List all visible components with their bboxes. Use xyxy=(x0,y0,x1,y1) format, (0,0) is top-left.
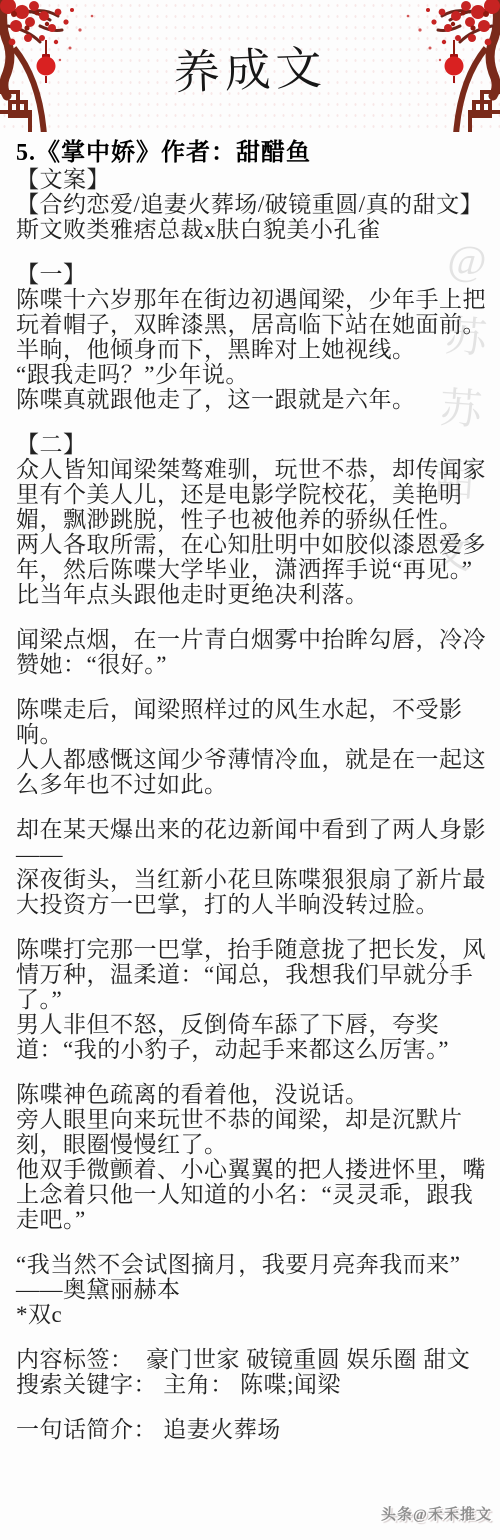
paragraph-part-two: 【二】 众人皆知闻梁桀骜难驯，玩世不恭，却传闻家里有个美人儿，还是电影学院校花，… xyxy=(16,432,490,607)
paragraph-tags: 内容标签： 豪门世家 破镜重圆 娱乐圈 甜文 搜索关键字： 主角： 陈喋;闻梁 xyxy=(16,1347,490,1397)
post-body: 5.《掌中娇》作者：甜醋鱼 【文案】 【合约恋爱/追妻火葬场/破镜重圆/真的甜文… xyxy=(0,132,500,1442)
red-lantern-icon xyxy=(445,40,464,83)
decorative-header: 养成文 xyxy=(0,0,500,132)
book-title-line: 5.《掌中娇》作者：甜醋鱼 xyxy=(16,140,490,167)
paragraph-one-line-intro: 一句话简介： 追妻火葬场 xyxy=(16,1417,490,1442)
paragraph-slap: 陈喋打完那一巴掌，抬手随意拢了把长发，风情万种，温柔道：“闻总，我想我们早就分手… xyxy=(16,937,490,1062)
paragraph-after-leaving: 陈喋走后，闻梁照样过的风生水起，不受影响。 人人都感慨这闻少爷薄情冷血，就是在一… xyxy=(16,697,490,797)
plum-blossom-corner-right-icon xyxy=(382,0,500,132)
category-banner-title: 养成文 xyxy=(172,31,327,102)
novel-recommendation-card: 养成文 @苏苏甜文 5.《掌中娇》作者：甜醋鱼 【文案】 【合约恋爱/追妻火葬场… xyxy=(0,0,500,1540)
paragraph-quote: “我当然不会试图摘月，我要月亮奔我而来” ——奥黛丽赫本 *双c xyxy=(16,1252,490,1327)
red-lantern-icon xyxy=(37,40,56,83)
paragraph-copy-header: 【文案】 【合约恋爱/追妻火葬场/破镜重圆/真的甜文】 斯文败类雅痞总裁x肤白貌… xyxy=(16,167,490,242)
paragraph-reunion: 陈喋神色疏离的看着他，没说话。 旁人眼里向来玩世不恭的闻梁，却是沉默片刻，眼圈慢… xyxy=(16,1082,490,1232)
bottom-watermark: 头条@禾禾推文 xyxy=(381,1503,492,1524)
paragraph-part-one: 【一】 陈喋十六岁那年在街边初遇闻梁，少年手上把玩着帽子，双眸漆黑，居高临下站在… xyxy=(16,262,490,412)
paragraph-smoke: 闻梁点烟，在一片青白烟雾中抬眸勾唇，冷冷赞她：“很好。” xyxy=(16,627,490,677)
paragraph-list: 【文案】 【合约恋爱/追妻火葬场/破镜重圆/真的甜文】 斯文败类雅痞总裁x肤白貌… xyxy=(16,167,490,1442)
paragraph-gossip-news: 却在某天爆出来的花边新闻中看到了两人身影—— 深夜街头，当红新小花旦陈喋狠狠扇了… xyxy=(16,817,490,917)
plum-blossom-corner-left-icon xyxy=(0,0,118,132)
